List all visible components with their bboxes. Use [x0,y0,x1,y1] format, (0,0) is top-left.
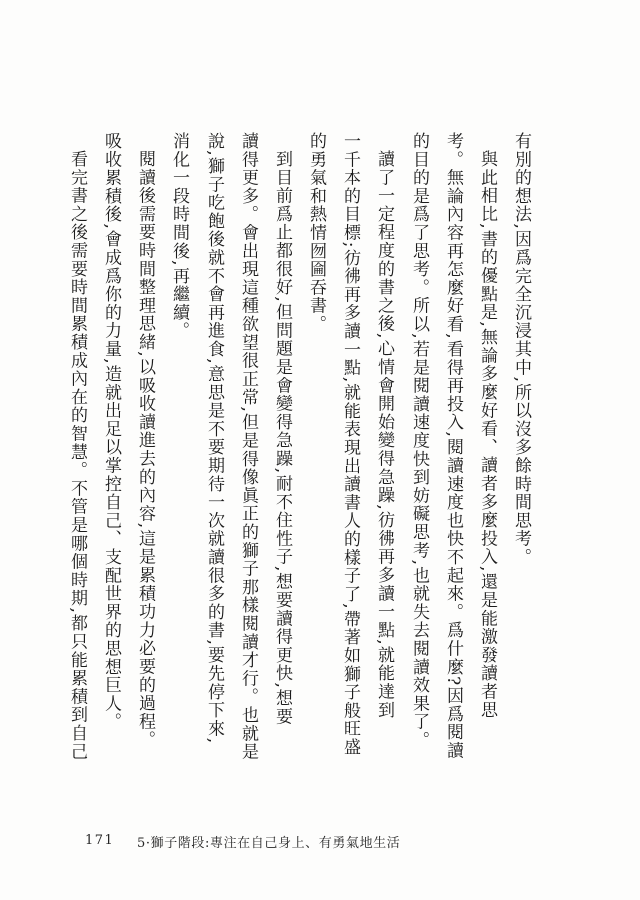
text-column: 到目前爲止都很好,但問題是會變得急躁,耐不住性子,想要讀得更快,想要 [272,150,292,726]
text-column: 消化一段時間後,再繼續。 [169,132,189,340]
book-page-text: 有別的想法,因爲完全沉浸其中,所以沒多餘時間思考。 與此相比,書的優點是,無論多… [0,0,640,900]
text-column: 的勇氣和熱情囫圇吞書。 [306,132,326,333]
chapter-title: 5·獅子階段:專注在自己身上、有勇氣地生活 [137,832,400,851]
text-column: 一千本的目標;彷彿再多讀一點,就能表現出讀書人的樣子了,帶著如獅子般旺盛 [340,132,360,756]
text-column: 考。無論內容再怎麼好看,看得再投入,閱讀速度也快不起來。爲什麼?因爲閱讀 [443,132,463,760]
text-column: 的目的是爲了思考。所以,若是閱讀速度快到妨礙思考,也就失去閱讀效果了。 [409,132,429,749]
text-column: 與此相比,書的優點是,無論多麼好看、讀者多麼投入,還是能激發讀者思 [477,150,497,719]
text-column: 讀了一定程度的書之後,心情會開始變得急躁,彷彿再多讀一點,就能達到 [374,150,394,719]
text-column: 閱讀後需要時間整理思緒,以吸收讀進去的內容,這是累積功力必要的過程。 [135,150,155,749]
page-number: 171 [85,833,114,848]
book-page: 有別的想法,因爲完全沉浸其中,所以沒多餘時間思考。 與此相比,書的優點是,無論多… [0,0,640,900]
text-column: 吸收累積後,會成爲你的力量,造就出足以掌控自己、支配世界的思想巨人。 [101,132,121,731]
text-column: 有別的想法,因爲完全沉浸其中,所以沒多餘時間思考。 [511,132,531,566]
text-column: 讀得更多。會出現這種欲望很正常,但是得像眞正的獅子那樣閱讀才行。也就是 [238,132,258,761]
text-column: 看完書之後需要時間累積成內在的智慧。不管是哪個時期,都只能累積到自己 [67,150,87,761]
text-column: 說,獅子吃飽後就不會再進食,意思是不要期待一次就讀很多的書,要先停下來, [204,132,224,744]
page-footer: 171 5·獅子階段:專注在自己身上、有勇氣地生活 [0,831,640,851]
